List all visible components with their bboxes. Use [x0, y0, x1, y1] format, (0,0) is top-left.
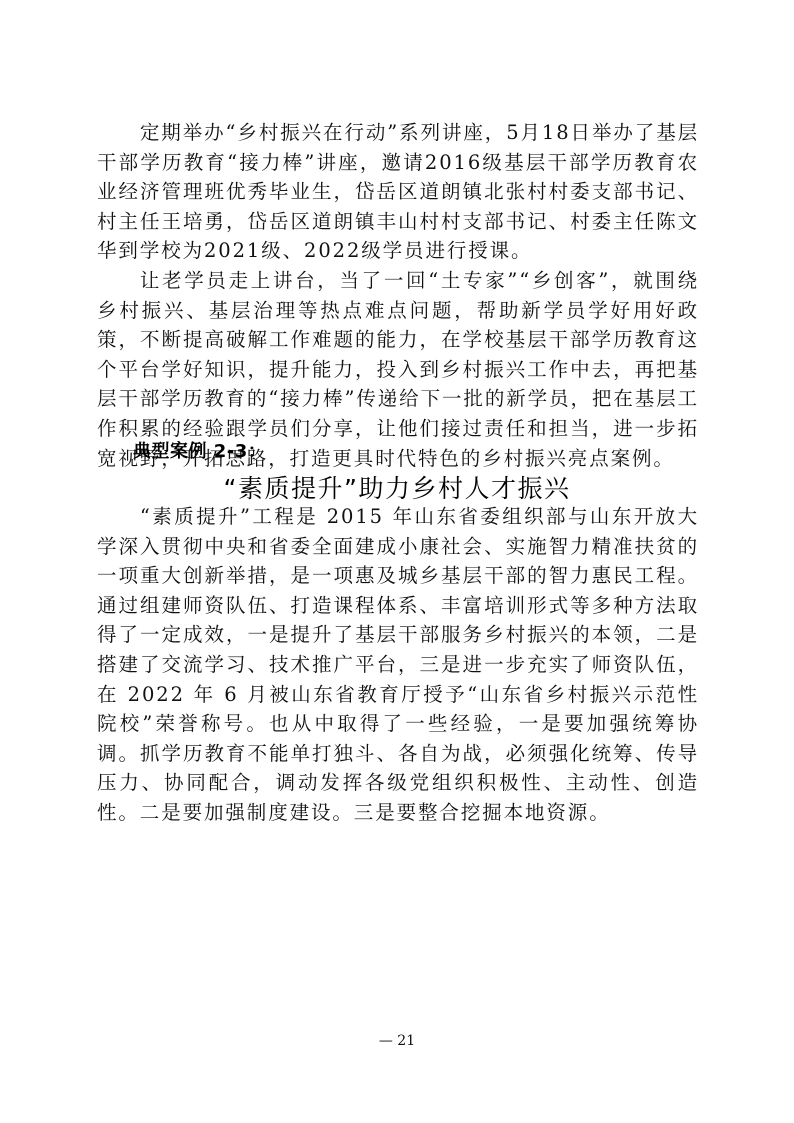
paragraph-lecture-series: 定期举办“乡村振兴在行动”系列讲座，5月18日举办了基层干部学历教育“接力棒”讲… [97, 118, 699, 266]
section-quality-text: “素质提升”工程是 2015 年山东省委组织部与山东开放大学深入贯彻中央和省委全… [97, 502, 699, 828]
case-title: “素质提升”助力乡村人才振兴 [0, 469, 794, 505]
section-lecture-text: 定期举办“乡村振兴在行动”系列讲座，5月18日举办了基层干部学历教育“接力棒”讲… [97, 118, 699, 266]
page-number: — 21 [0, 1033, 794, 1049]
paragraph-quality-improvement: “素质提升”工程是 2015 年山东省委组织部与山东开放大学深入贯彻中央和省委全… [97, 502, 699, 828]
document-page: 定期举办“乡村振兴在行动”系列讲座，5月18日举办了基层干部学历教育“接力棒”讲… [0, 0, 794, 1123]
case-label: 典型案例 2-3： [133, 437, 266, 463]
